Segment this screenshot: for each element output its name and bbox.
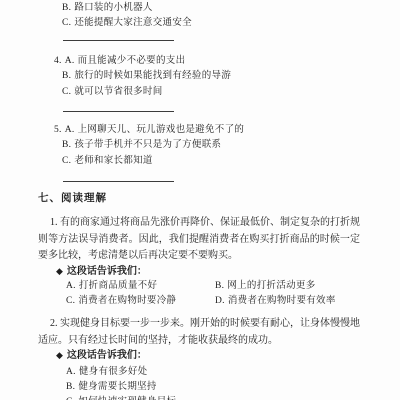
option-text: 路口装的小机器人 [74, 3, 152, 13]
choice-option: C.老师和家长都知道 [62, 155, 153, 167]
option-label: B. [62, 71, 71, 81]
option-text: 而且能减少不必要的支出 [78, 56, 186, 66]
option-label: B. [215, 281, 224, 291]
option-text: 消费者在购物时要冷静 [78, 296, 176, 306]
option-label: A. [65, 125, 75, 135]
option-text: 打折商品质量不好 [79, 281, 157, 291]
option-text: 旅行的时候如果能找到有经验的导游 [74, 71, 231, 81]
option-label: C. [62, 18, 71, 28]
answer-blank [63, 40, 174, 41]
passage-text: 1. 有的商家通过将商品先涨价再降价、保证最低价、制定复杂的打折规则等方法误导消… [38, 215, 360, 265]
choice-option: A.健身有很多好处 [66, 366, 147, 378]
option-label: B. [62, 140, 71, 150]
option-label: C. [62, 156, 71, 166]
choice-option: B.健身需要长期坚持 [66, 381, 157, 393]
choice-option: A.打折商品质量不好 [66, 280, 157, 292]
answer-blank [63, 111, 174, 112]
option-text: 健身有很多好处 [79, 367, 148, 377]
option-label: A. [66, 281, 76, 291]
option-label: A. [65, 56, 75, 66]
diamond-bullet-icon: ◆ [56, 350, 63, 360]
option-label: C. [66, 296, 75, 306]
option-text: 老师和家长都知道 [74, 156, 152, 166]
diamond-bullet-icon: ◆ [56, 266, 63, 276]
choice-option: 4.A.而且能减少不必要的支出 [54, 55, 185, 67]
passage-text: 2. 实现健身目标要一步一步来。刚开始的时候要有耐心，让身体慢慢地适应。只有经过… [38, 316, 360, 349]
option-text: 就可以节省很多时间 [74, 87, 162, 97]
prompt-text: 这段话告诉我们： [67, 350, 147, 361]
option-text: 上网聊天儿、玩儿游戏也是避免不了的 [78, 125, 245, 135]
choice-option: C.还能提醒大家注意交通安全 [62, 17, 192, 29]
answer-blank [63, 181, 174, 182]
choice-option: 5.A.上网聊天儿、玩儿游戏也是避免不了的 [54, 124, 244, 136]
question-number: 4. [54, 56, 62, 66]
choice-option: D.消费者在购物时要有效率 [215, 295, 336, 307]
prompt-text: 这段话告诉我们： [67, 266, 147, 277]
worksheet-page: B.路口装的小机器人 C.还能提醒大家注意交通安全 4.A.而且能减少不必要的支… [0, 0, 400, 400]
option-label: B. [62, 3, 71, 13]
choice-option: C.就可以节省很多时间 [62, 86, 163, 98]
section-heading: 七、阅读理解 [38, 192, 107, 204]
option-label: D. [215, 296, 225, 306]
choice-option: B.旅行的时候如果能找到有经验的导游 [62, 70, 231, 82]
choice-option: C.如何快速实现健身目标 [66, 396, 176, 400]
option-text: 健身需要长期坚持 [78, 382, 156, 392]
option-text: 还能提醒大家注意交通安全 [74, 18, 192, 28]
option-text: 消费者在购物时要有效率 [228, 296, 336, 306]
question-prompt: ◆这段话告诉我们： [56, 349, 147, 362]
question-number: 5. [54, 125, 62, 135]
choice-option: C.消费者在购物时要冷静 [66, 295, 176, 307]
choice-option: B.路口装的小机器人 [62, 2, 153, 14]
option-text: 孩子带手机并不只是为了方便联系 [74, 140, 221, 150]
choice-option: B.网上的打折活动更多 [215, 280, 316, 292]
option-text: 网上的打折活动更多 [227, 281, 315, 291]
option-label: C. [62, 87, 71, 97]
choice-option: B.孩子带手机并不只是为了方便联系 [62, 139, 221, 151]
option-label: B. [66, 382, 75, 392]
option-label: A. [66, 367, 76, 377]
question-prompt: ◆这段话告诉我们： [56, 265, 147, 278]
